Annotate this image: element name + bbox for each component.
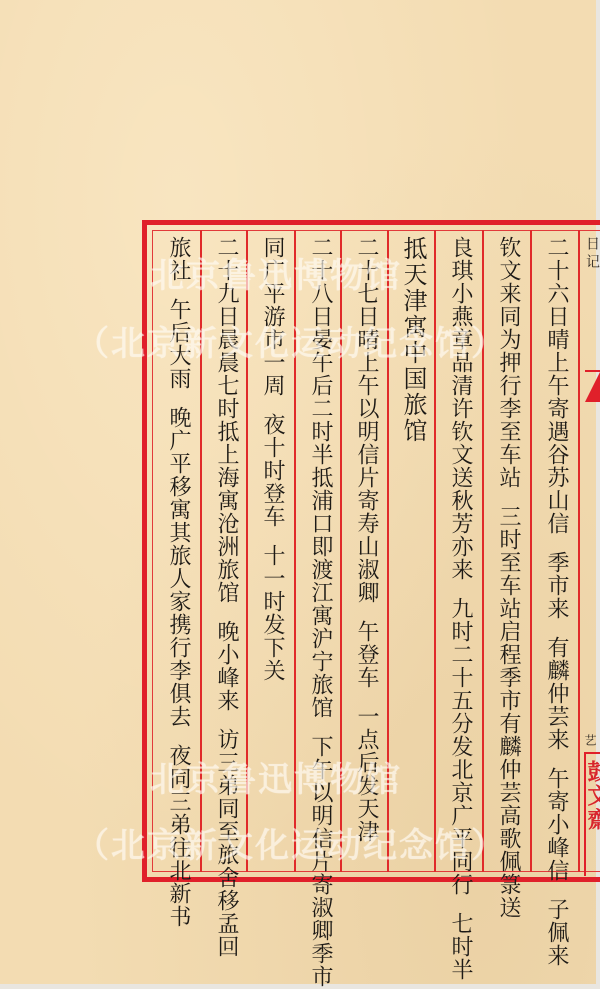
column-rule	[530, 230, 532, 872]
side-tab-line	[585, 370, 600, 372]
brand-mark-top: 艺	[582, 734, 599, 746]
watermark: 北京鲁迅博物馆	[150, 752, 402, 801]
stationery-brand-mark: 鼓文齋	[582, 760, 600, 832]
edge-text: 日记	[582, 236, 600, 272]
diary-column-1: 二十六日晴上午寄遇谷苏山信 季市来 有麟仲芸来 午寄小峰信 子佩来	[536, 236, 576, 967]
watermark: （北京新文化运动纪念馆）	[75, 316, 507, 365]
diary-column-7: 同广平游市一周 夜十时登车 十一时发下关	[252, 236, 292, 682]
watermark: 北京鲁迅博物馆	[150, 248, 402, 297]
column-rule	[578, 230, 580, 872]
watermark: （北京新文化运动纪念馆）	[75, 818, 507, 867]
